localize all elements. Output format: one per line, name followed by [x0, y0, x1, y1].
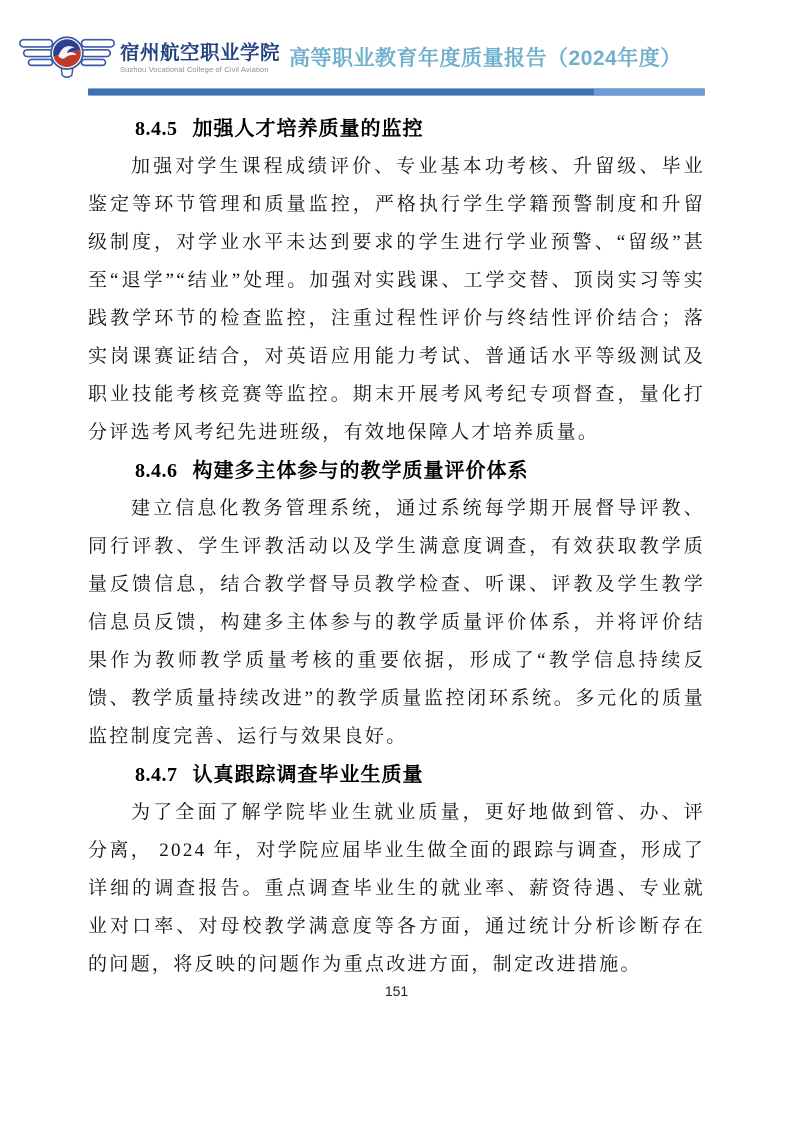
- section-8-4-5: 8.4.5 加强人才培养质量的监控 加强对学生课程成绩评价、专业基本功考核、升留…: [88, 110, 705, 452]
- section-title: 加强人才培养质量的监控: [193, 118, 424, 140]
- section-number: 8.4.6: [135, 460, 178, 482]
- section-8-4-7: 8.4.7 认真跟踪调查毕业生质量 为了全面了解学院毕业生就业质量，更好地做到管…: [88, 756, 705, 984]
- section-8-4-6: 8.4.6 构建多主体参与的教学质量评价体系 建立信息化教务管理系统，通过系统每…: [88, 452, 705, 756]
- page-number: 151: [0, 983, 793, 999]
- section-heading: 8.4.5 加强人才培养质量的监控: [88, 110, 705, 148]
- document-body: 8.4.5 加强人才培养质量的监控 加强对学生课程成绩评价、专业基本功考核、升留…: [88, 110, 705, 984]
- section-paragraph: 加强对学生课程成绩评价、专业基本功考核、升留级、毕业鉴定等环节管理和质量监控，严…: [88, 148, 705, 452]
- college-name-en: Suzhou Vocational College of Civil Aviat…: [120, 65, 280, 74]
- header-divider: [88, 88, 705, 96]
- section-heading: 8.4.6 构建多主体参与的教学质量评价体系: [88, 452, 705, 490]
- college-emblem-icon: [18, 31, 116, 83]
- page-header: 宿州航空职业学院 Suzhou Vocational College of Ci…: [0, 0, 793, 83]
- college-name-zh: 宿州航空职业学院: [120, 41, 280, 65]
- report-page: 宿州航空职业学院 Suzhou Vocational College of Ci…: [0, 0, 793, 1122]
- section-heading: 8.4.7 认真跟踪调查毕业生质量: [88, 756, 705, 794]
- section-number: 8.4.5: [135, 118, 178, 140]
- report-title: 高等职业教育年度质量报告（2024年度）: [289, 42, 682, 72]
- section-number: 8.4.7: [135, 764, 178, 786]
- college-name-block: 宿州航空职业学院 Suzhou Vocational College of Ci…: [120, 41, 280, 74]
- section-title: 构建多主体参与的教学质量评价体系: [193, 460, 529, 482]
- section-paragraph: 为了全面了解学院毕业生就业质量，更好地做到管、办、评分离， 2024 年，对学院…: [88, 794, 705, 984]
- section-title: 认真跟踪调查毕业生质量: [193, 764, 424, 786]
- section-paragraph: 建立信息化教务管理系统，通过系统每学期开展督导评教、同行评教、学生评教活动以及学…: [88, 490, 705, 756]
